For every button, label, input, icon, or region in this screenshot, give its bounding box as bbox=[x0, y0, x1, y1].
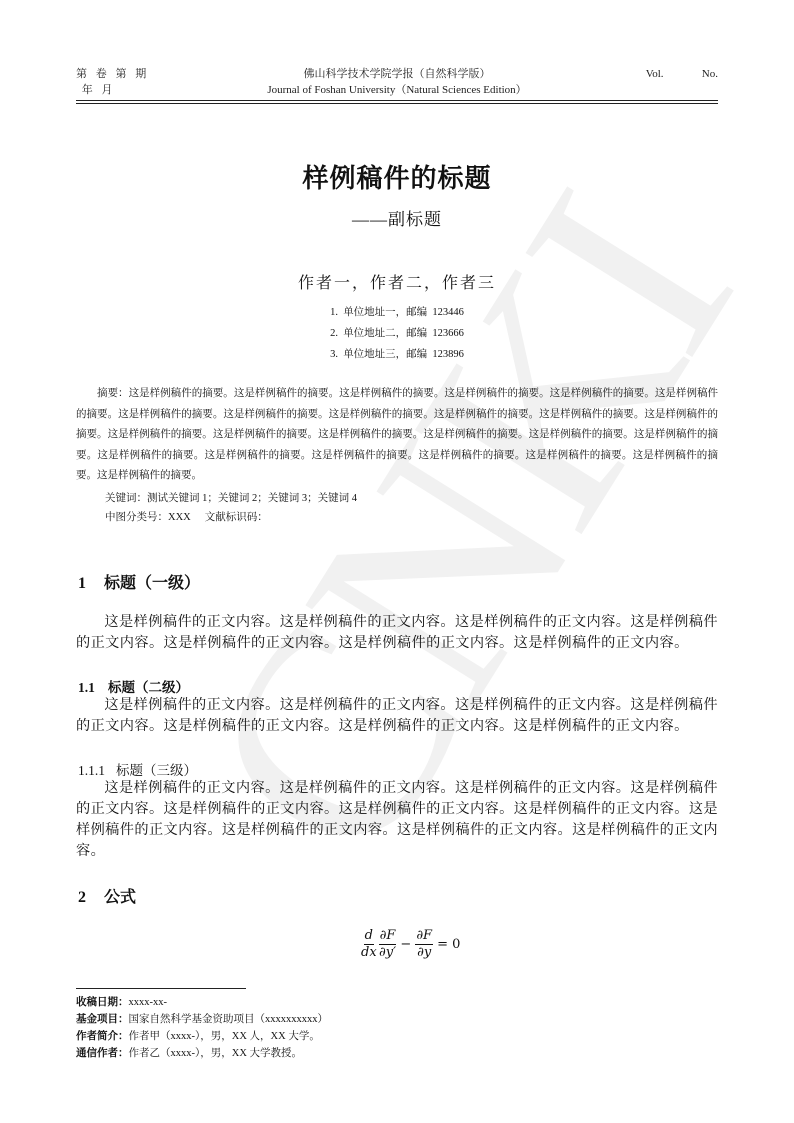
document-code: 文献标识码： bbox=[205, 512, 268, 523]
footnote-rule bbox=[76, 988, 246, 989]
numerator: ∂F bbox=[415, 928, 433, 945]
classification-line: 中图分类号：XXX文献标识码： bbox=[105, 509, 268, 527]
section-number: 1.1.1 bbox=[78, 763, 116, 779]
author-list: 作者一，作者二，作者三 bbox=[0, 270, 794, 293]
section-number: 1.1 bbox=[78, 680, 108, 696]
clc-number: 中图分类号：XXX bbox=[105, 512, 191, 523]
section-title: 公式 bbox=[104, 887, 136, 906]
header-rule-thin bbox=[76, 103, 718, 104]
minus-sign: − bbox=[400, 937, 411, 952]
vol-no: Vol. No. bbox=[646, 66, 718, 82]
affiliation-1: 1. 单位地址一，邮编 123446 bbox=[0, 302, 794, 323]
body-paragraph: 这是样例稿件的正文内容。这是样例稿件的正文内容。这是样例稿件的正文内容。这是样例… bbox=[76, 612, 718, 654]
section-title: 标题（二级） bbox=[108, 680, 189, 696]
fraction-dF-dy-prime: ∂F ∂y′ bbox=[379, 928, 397, 961]
footnote-text: xxxx-xx- bbox=[129, 997, 168, 1008]
equation-rhs: = 0 bbox=[437, 937, 460, 952]
section-title: 标题（三级） bbox=[116, 763, 197, 778]
body-paragraph: 这是样例稿件的正文内容。这是样例稿件的正文内容。这是样例稿件的正文内容。这是样例… bbox=[76, 778, 718, 862]
footnote-text: 作者甲（xxxx-），男，XX 人，XX 大学。 bbox=[129, 1031, 320, 1042]
footnote-text: 作者乙（xxxx-），男，XX 大学教授。 bbox=[129, 1048, 303, 1059]
footnote-corresponding-author: 通信作者：作者乙（xxxx-），男，XX 大学教授。 bbox=[76, 1045, 328, 1062]
denominator: ∂y′ bbox=[379, 945, 396, 961]
section-number: 1 bbox=[78, 575, 104, 593]
affiliation-2: 2. 单位地址二，邮编 123666 bbox=[0, 323, 794, 344]
footnote-received-date: 收稿日期：xxxx-xx- bbox=[76, 994, 328, 1011]
journal-name-cn: 佛山科学技术学院学报（自然科学版） bbox=[76, 66, 718, 82]
section-heading-1: 1标题（一级） bbox=[78, 570, 200, 593]
abstract: 摘要：这是样例稿件的摘要。这是样例稿件的摘要。这是样例稿件的摘要。这是样例稿件的… bbox=[76, 384, 718, 487]
numerator: d bbox=[364, 928, 374, 945]
header-rule-thick bbox=[76, 100, 718, 101]
denominator: ∂y bbox=[417, 945, 431, 961]
footnote-label: 作者简介： bbox=[76, 1030, 129, 1042]
footnote-label: 基金项目： bbox=[76, 1013, 129, 1025]
fraction-dF-dy: ∂F ∂y bbox=[415, 928, 433, 961]
footnote-label: 收稿日期： bbox=[76, 996, 129, 1008]
footnote-text: 国家自然科学基金资助项目（xxxxxxxxxx） bbox=[129, 1014, 329, 1025]
section-number: 2 bbox=[78, 889, 104, 907]
fraction-d-dx: d dx bbox=[361, 928, 377, 961]
body-paragraph: 这是样例稿件的正文内容。这是样例稿件的正文内容。这是样例稿件的正文内容。这是样例… bbox=[76, 695, 718, 737]
denominator: dx bbox=[361, 945, 377, 961]
running-header: 第 卷 第 期 年 月 佛山科学技术学院学报（自然科学版） Journal of… bbox=[76, 66, 718, 102]
paper-title: 样例稿件的标题 bbox=[0, 158, 794, 195]
footnotes: 收稿日期：xxxx-xx- 基金项目：国家自然科学基金资助项目（xxxxxxxx… bbox=[76, 994, 328, 1062]
affiliation-3: 3. 单位地址三，邮编 123896 bbox=[0, 344, 794, 365]
footnote-label: 通信作者： bbox=[76, 1047, 129, 1059]
paper-page: 第 卷 第 期 年 月 佛山科学技术学院学报（自然科学版） Journal of… bbox=[0, 0, 794, 1123]
equation: d dx ∂F ∂y′ − ∂F ∂y = 0 bbox=[360, 928, 463, 961]
footnote-funding: 基金项目：国家自然科学基金资助项目（xxxxxxxxxx） bbox=[76, 1011, 328, 1028]
paper-subtitle: ——副标题 bbox=[0, 205, 794, 230]
keywords: 关键词：测试关键词 1；关键词 2；关键词 3；关键词 4 bbox=[105, 490, 357, 508]
section-title: 标题（一级） bbox=[104, 573, 200, 592]
journal-name: 佛山科学技术学院学报（自然科学版） Journal of Foshan Univ… bbox=[76, 66, 718, 98]
section-heading-1-1: 1.1标题（二级） bbox=[78, 676, 189, 696]
section-heading-1-1-1: 1.1.1标题（三级） bbox=[78, 759, 197, 779]
affiliations: 1. 单位地址一，邮编 123446 2. 单位地址二，邮编 123666 3.… bbox=[0, 302, 794, 365]
journal-name-en: Journal of Foshan University（Natural Sci… bbox=[76, 82, 718, 98]
footnote-author-bio: 作者简介：作者甲（xxxx-），男，XX 人，XX 大学。 bbox=[76, 1028, 328, 1045]
numerator: ∂F bbox=[379, 928, 397, 945]
section-heading-2: 2公式 bbox=[78, 884, 136, 907]
